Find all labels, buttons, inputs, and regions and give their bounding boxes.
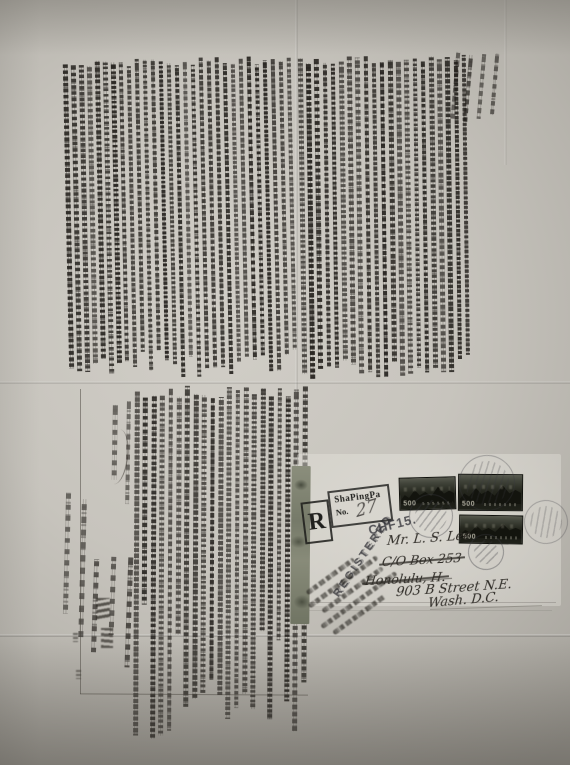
handwriting-column bbox=[124, 557, 133, 667]
letter-corner-annotation bbox=[450, 48, 513, 135]
letter-closing-note bbox=[90, 555, 145, 692]
handwriting-column bbox=[380, 62, 389, 377]
handwriting-column bbox=[314, 59, 323, 369]
handwriting-column bbox=[276, 388, 282, 640]
handwriting-column bbox=[490, 53, 499, 115]
margin-mark bbox=[76, 670, 81, 679]
handwriting-column bbox=[363, 56, 372, 372]
handwriting-column bbox=[63, 493, 71, 614]
registration-number: 27 bbox=[355, 495, 377, 522]
handwriting-column bbox=[242, 387, 248, 694]
handwriting-column bbox=[437, 59, 446, 372]
handwriting-column bbox=[388, 60, 397, 362]
handwriting-column bbox=[150, 396, 157, 739]
handwriting-column bbox=[109, 557, 117, 635]
letter-block-lower bbox=[133, 386, 310, 737]
handwriting-column bbox=[372, 63, 381, 377]
handwriting-column bbox=[421, 61, 430, 372]
handwriting-column bbox=[234, 390, 240, 708]
handwriting-column bbox=[412, 59, 421, 368]
frame-line-left bbox=[80, 389, 81, 694]
handwriting-column bbox=[158, 396, 165, 736]
photo-of-letter: R ShaPingPa No. 27 500 500 500 REGISTERE… bbox=[0, 0, 570, 765]
handwriting-column bbox=[322, 63, 331, 367]
margin-mark bbox=[73, 633, 78, 642]
handwriting-column bbox=[284, 396, 290, 701]
signature-mark bbox=[96, 598, 110, 620]
handwriting-column bbox=[167, 389, 174, 731]
handwriting-column bbox=[404, 60, 413, 374]
handwriting-column bbox=[200, 395, 206, 693]
signature-mark bbox=[101, 628, 113, 648]
handwriting-column bbox=[184, 386, 190, 707]
handwriting-column bbox=[192, 394, 198, 699]
handwriting-column bbox=[267, 396, 273, 719]
registered-r-label: R bbox=[307, 507, 328, 536]
handwriting-column bbox=[331, 64, 340, 368]
letter-block-upper-right bbox=[298, 55, 474, 379]
handwriting-column bbox=[347, 56, 356, 364]
letter-left-note bbox=[62, 492, 94, 653]
handwriting-column bbox=[477, 54, 487, 119]
handwriting-column bbox=[259, 388, 265, 631]
handwriting-column bbox=[251, 394, 257, 709]
handwriting-column bbox=[339, 62, 348, 361]
handwriting-column bbox=[225, 387, 232, 719]
handwriting-column bbox=[176, 397, 182, 635]
handwriting-column bbox=[355, 57, 364, 373]
handwriting-column bbox=[306, 63, 315, 379]
handwriting-column bbox=[396, 62, 405, 376]
handwriting-column bbox=[217, 397, 223, 695]
fold-crease-horizontal-upper bbox=[0, 381, 570, 384]
handwriting-column bbox=[209, 398, 215, 680]
handwriting-column bbox=[463, 55, 473, 123]
letter-block-upper-left bbox=[63, 56, 303, 379]
handwriting-column bbox=[429, 56, 438, 368]
